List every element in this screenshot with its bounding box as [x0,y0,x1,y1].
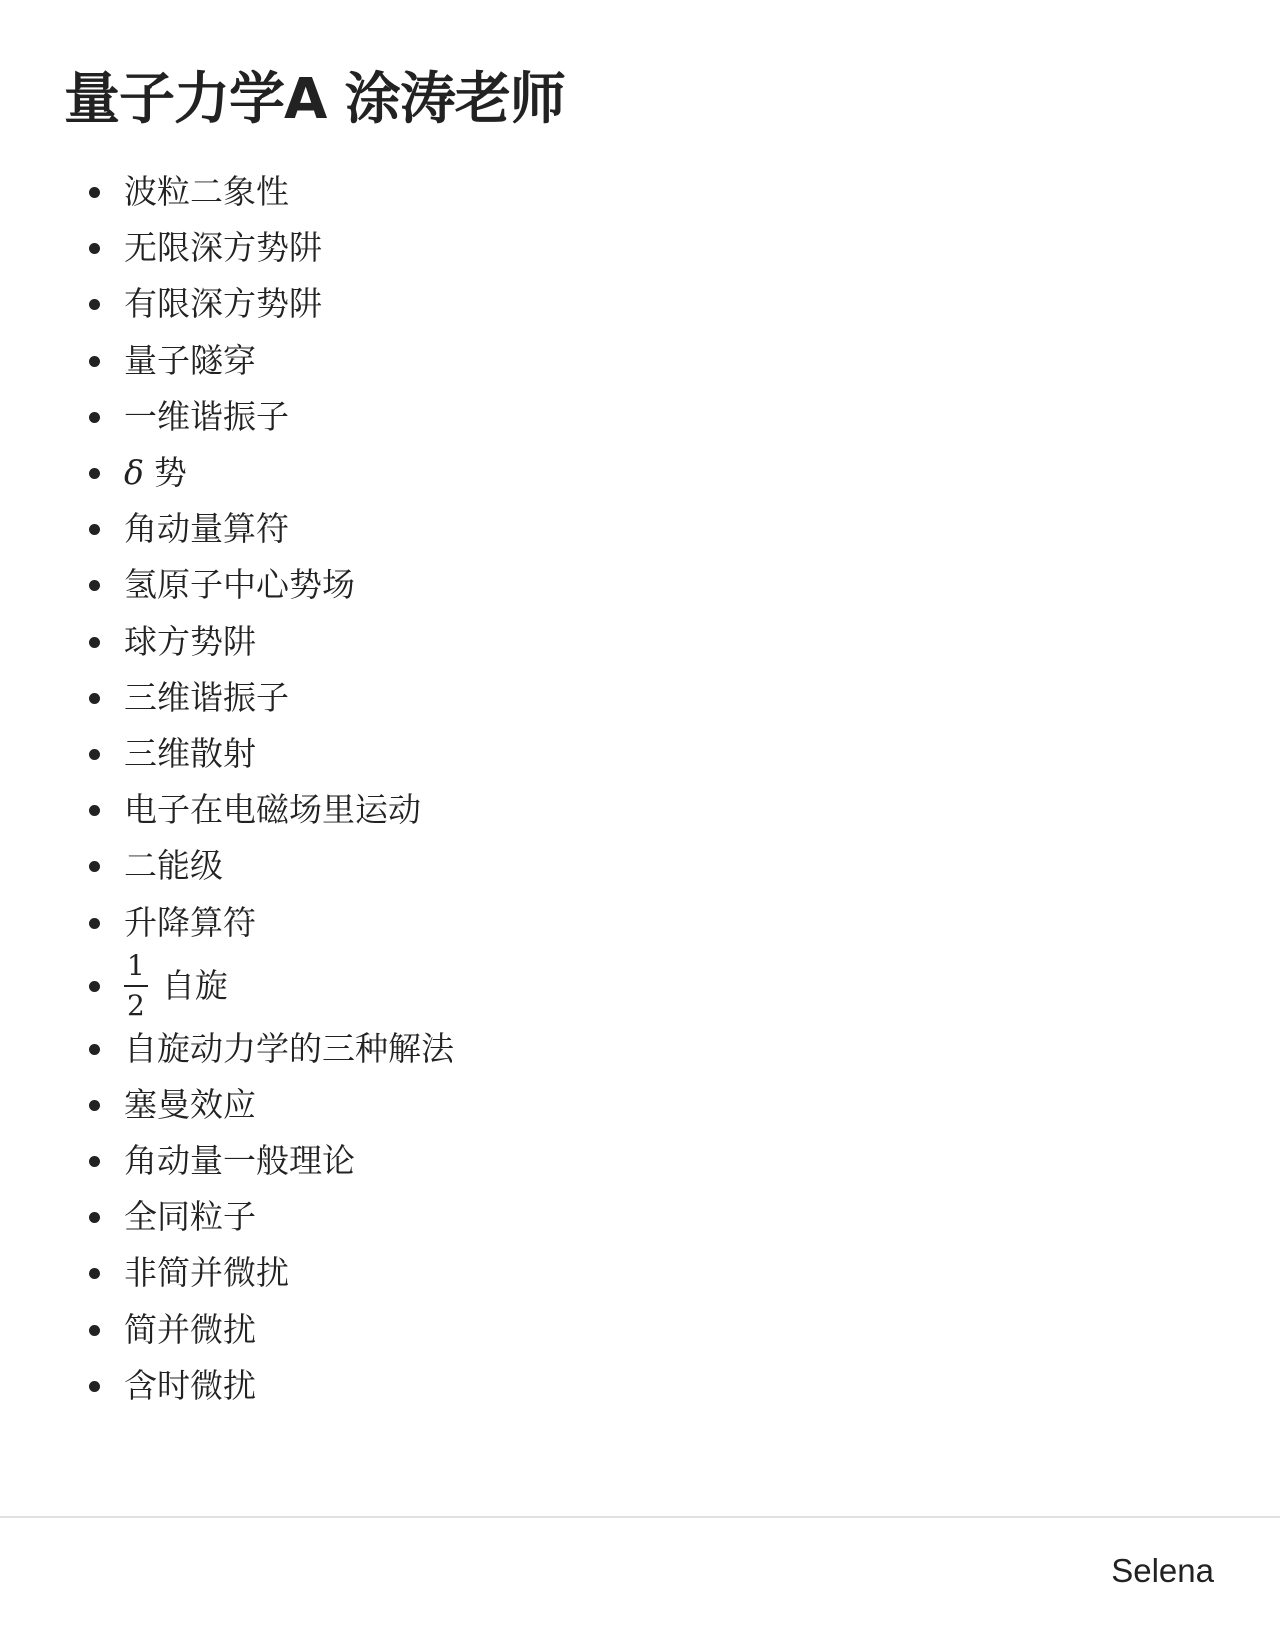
topic-text: 简并微扰 [124,1302,256,1358]
topic-text: 角动量算符 [124,501,289,557]
list-item: 升降算符 [0,894,454,950]
list-item: 简并微扰 [0,1302,454,1358]
bullet-icon [89,1325,100,1336]
topic-text: 全同粒子 [124,1189,256,1245]
bullet-icon [89,1156,100,1167]
footer-divider [0,1516,1280,1518]
fraction-denominator: 2 [127,987,145,1021]
list-item: 角动量一般理论 [0,1133,454,1189]
bullet-icon [89,693,100,704]
list-item: 三维散射 [0,726,454,782]
topic-text: 量子隧穿 [124,333,256,389]
list-item: 非简并微扰 [0,1245,454,1301]
list-item: 氢原子中心势场 [0,557,454,613]
list-item: 有限深方势阱 [0,276,454,332]
bullet-icon [89,637,100,648]
delta-symbol: δ [124,445,144,501]
page-title: 量子力学A 涂涛老师 [64,62,565,138]
topic-text: 升降算符 [124,895,256,951]
bullet-icon [89,1212,100,1223]
topic-text: 有限深方势阱 [124,276,322,332]
footer-author: Selena [1111,1549,1214,1593]
bullet-icon [89,1044,100,1055]
bullet-icon [89,918,100,929]
topic-text: 非简并微扰 [124,1245,289,1301]
topic-text: 角动量一般理论 [124,1133,355,1189]
list-item: 三维谐振子 [0,670,454,726]
topic-text: 含时微扰 [124,1358,256,1414]
list-item: 无限深方势阱 [0,220,454,276]
topic-text: 无限深方势阱 [124,220,322,276]
bullet-icon [89,981,100,992]
bullet-icon [89,524,100,535]
topic-text: 自旋动力学的三种解法 [124,1021,454,1077]
topic-text: 二能级 [124,838,223,894]
list-item: 波粒二象性 [0,164,454,220]
topic-text: 电子在电磁场里运动 [124,782,421,838]
list-item: 一维谐振子 [0,389,454,445]
topic-text: 自旋 [162,958,228,1014]
list-item: 全同粒子 [0,1189,454,1245]
list-item: 12自旋 [0,951,454,1021]
list-item: 自旋动力学的三种解法 [0,1021,454,1077]
list-item: 含时微扰 [0,1358,454,1414]
list-item: 塞曼效应 [0,1077,454,1133]
bullet-icon [89,1381,100,1392]
bullet-icon [89,468,100,479]
bullet-icon [89,749,100,760]
bullet-icon [89,861,100,872]
bullet-icon [89,1100,100,1111]
bullet-icon [89,187,100,198]
bullet-icon [89,805,100,816]
bullet-icon [89,299,100,310]
list-item: δ势 [0,445,454,501]
list-item: 角动量算符 [0,501,454,557]
topic-text: 一维谐振子 [124,389,289,445]
topic-text: 塞曼效应 [124,1077,256,1133]
bullet-icon [89,580,100,591]
fraction-one-half: 12 [124,951,148,1021]
topic-text: 波粒二象性 [124,164,289,220]
topic-text: 势 [154,445,187,501]
topic-text: 球方势阱 [124,614,256,670]
topic-list: 波粒二象性 无限深方势阱 有限深方势阱 量子隧穿 一维谐振子 δ势 角动量算符 … [0,164,454,1414]
bullet-icon [89,412,100,423]
topic-text: 三维谐振子 [124,670,289,726]
topic-text: 三维散射 [124,726,256,782]
bullet-icon [89,356,100,367]
list-item: 电子在电磁场里运动 [0,782,454,838]
list-item: 二能级 [0,838,454,894]
list-item: 球方势阱 [0,614,454,670]
list-item: 量子隧穿 [0,333,454,389]
topic-text: 氢原子中心势场 [124,557,355,613]
bullet-icon [89,1268,100,1279]
bullet-icon [89,243,100,254]
fraction-numerator: 1 [124,951,148,987]
